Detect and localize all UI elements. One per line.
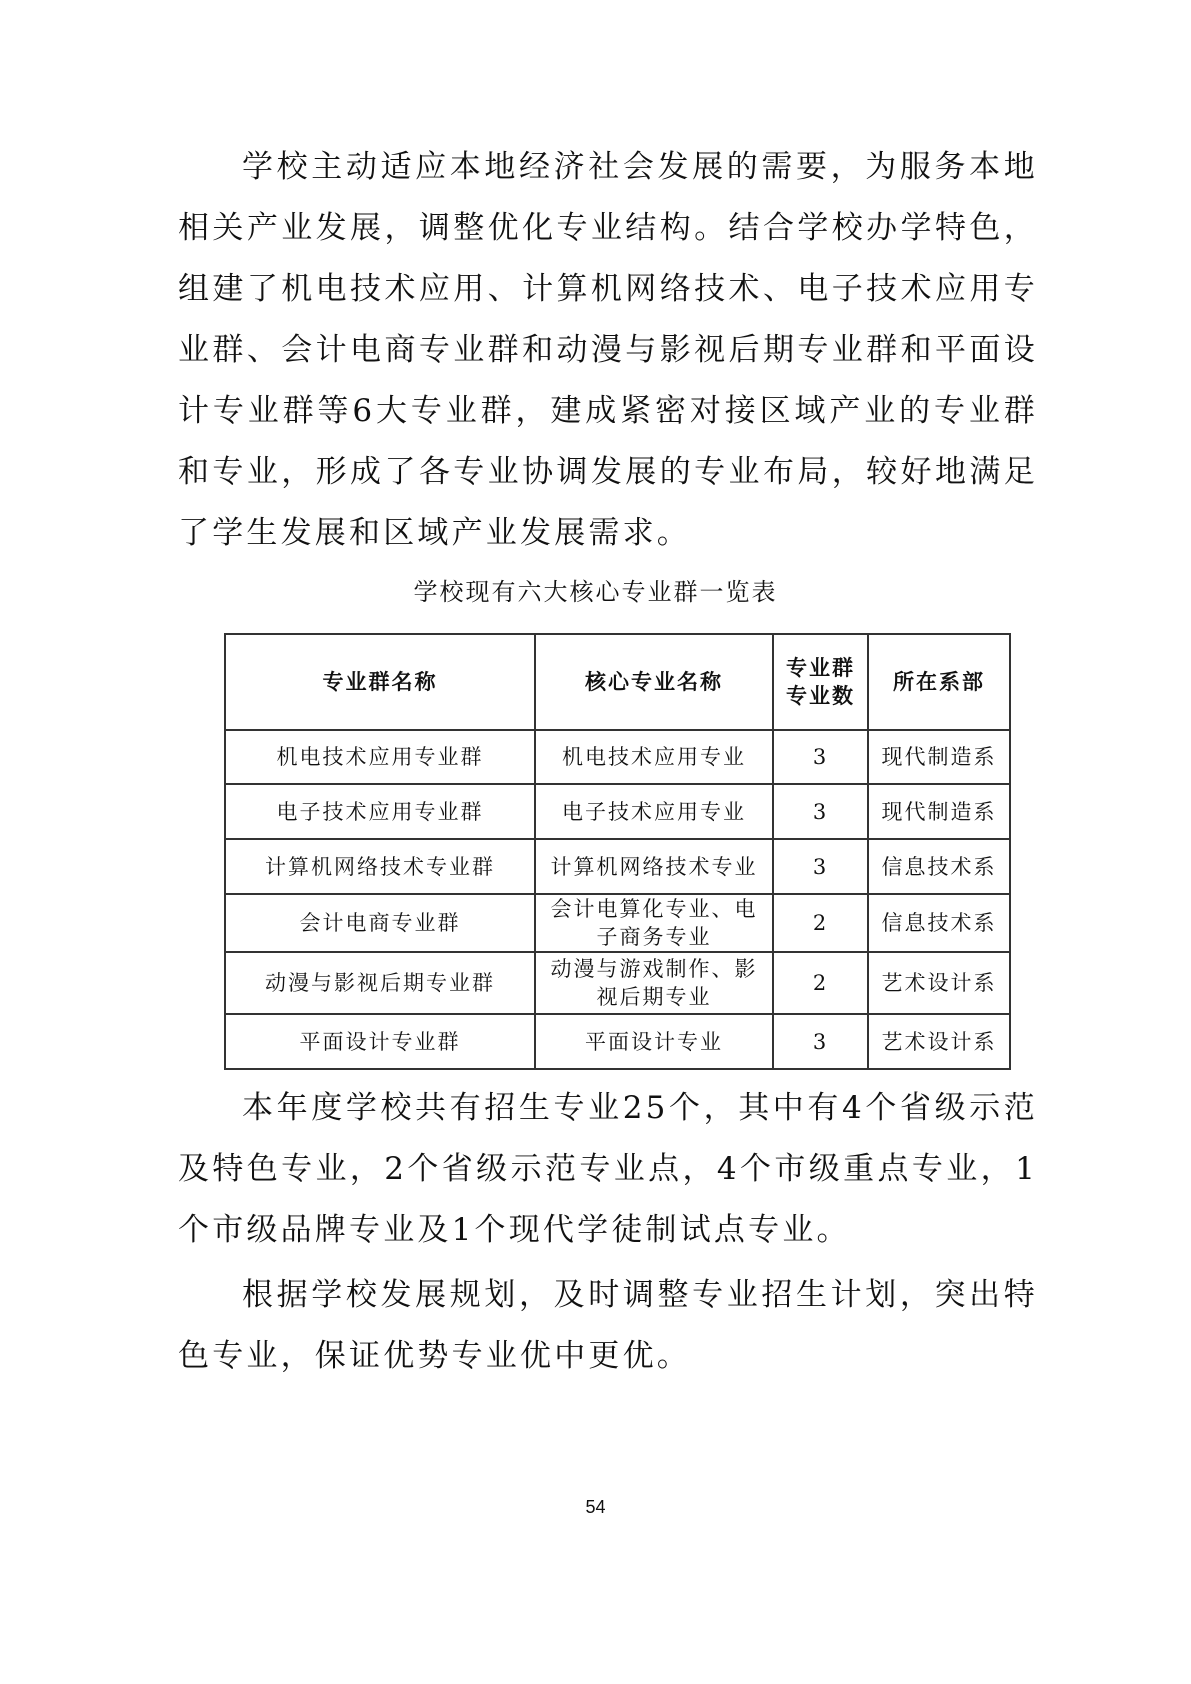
table-row: 平面设计专业群 平面设计专业 3 艺术设计系 xyxy=(225,1014,1010,1069)
cell-group: 机电技术应用专业群 xyxy=(225,730,535,784)
cell-core: 计算机网络技术专业 xyxy=(535,839,773,894)
table-caption: 学校现有六大核心专业群一览表 xyxy=(0,572,1191,607)
cell-dept: 现代制造系 xyxy=(868,730,1010,784)
cell-count: 2 xyxy=(773,952,868,1014)
cell-dept: 信息技术系 xyxy=(868,894,1010,952)
table-row: 动漫与影视后期专业群 动漫与游戏制作、影视后期专业 2 艺术设计系 xyxy=(225,952,1010,1014)
cell-core: 机电技术应用专业 xyxy=(535,730,773,784)
header-count-line1: 专业群 xyxy=(778,654,863,682)
cell-count: 3 xyxy=(773,1014,868,1069)
header-core-major: 核心专业名称 xyxy=(535,634,773,730)
cell-core: 动漫与游戏制作、影视后期专业 xyxy=(535,952,773,1014)
table-row: 电子技术应用专业群 电子技术应用专业 3 现代制造系 xyxy=(225,784,1010,839)
cell-group: 计算机网络技术专业群 xyxy=(225,839,535,894)
cell-group: 会计电商专业群 xyxy=(225,894,535,952)
cell-count: 3 xyxy=(773,784,868,839)
cell-count: 3 xyxy=(773,839,868,894)
table-row: 计算机网络技术专业群 计算机网络技术专业 3 信息技术系 xyxy=(225,839,1010,894)
cell-group: 电子技术应用专业群 xyxy=(225,784,535,839)
cell-core: 会计电算化专业、电子商务专业 xyxy=(535,894,773,952)
page-number: 54 xyxy=(0,1497,1191,1518)
cell-dept: 信息技术系 xyxy=(868,839,1010,894)
cell-group: 平面设计专业群 xyxy=(225,1014,535,1069)
header-count-line2: 专业数 xyxy=(778,682,863,710)
cell-core: 平面设计专业 xyxy=(535,1014,773,1069)
table-header-row: 专业群名称 核心专业名称 专业群 专业数 所在系部 xyxy=(225,634,1010,730)
cell-dept: 艺术设计系 xyxy=(868,1014,1010,1069)
cell-count: 3 xyxy=(773,730,868,784)
header-group-name: 专业群名称 xyxy=(225,634,535,730)
table-row: 机电技术应用专业群 机电技术应用专业 3 现代制造系 xyxy=(225,730,1010,784)
cell-dept: 现代制造系 xyxy=(868,784,1010,839)
cell-count: 2 xyxy=(773,894,868,952)
cell-core: 电子技术应用专业 xyxy=(535,784,773,839)
header-department: 所在系部 xyxy=(868,634,1010,730)
major-groups-table: 专业群名称 核心专业名称 专业群 专业数 所在系部 机电技术应用专业群 机电技术… xyxy=(224,633,1011,1070)
cell-group: 动漫与影视后期专业群 xyxy=(225,952,535,1014)
intro-paragraph: 学校主动适应本地经济社会发展的需要，为服务本地相关产业发展，调整优化专业结构。结… xyxy=(178,137,1038,564)
cell-dept: 艺术设计系 xyxy=(868,952,1010,1014)
planning-paragraph: 根据学校发展规划，及时调整专业招生计划，突出特色专业，保证优势专业优中更优。 xyxy=(178,1265,1038,1387)
table-row: 会计电商专业群 会计电算化专业、电子商务专业 2 信息技术系 xyxy=(225,894,1010,952)
header-major-count: 专业群 专业数 xyxy=(773,634,868,730)
enrollment-paragraph: 本年度学校共有招生专业25个，其中有4个省级示范及特色专业，2个省级示范专业点，… xyxy=(178,1078,1038,1261)
